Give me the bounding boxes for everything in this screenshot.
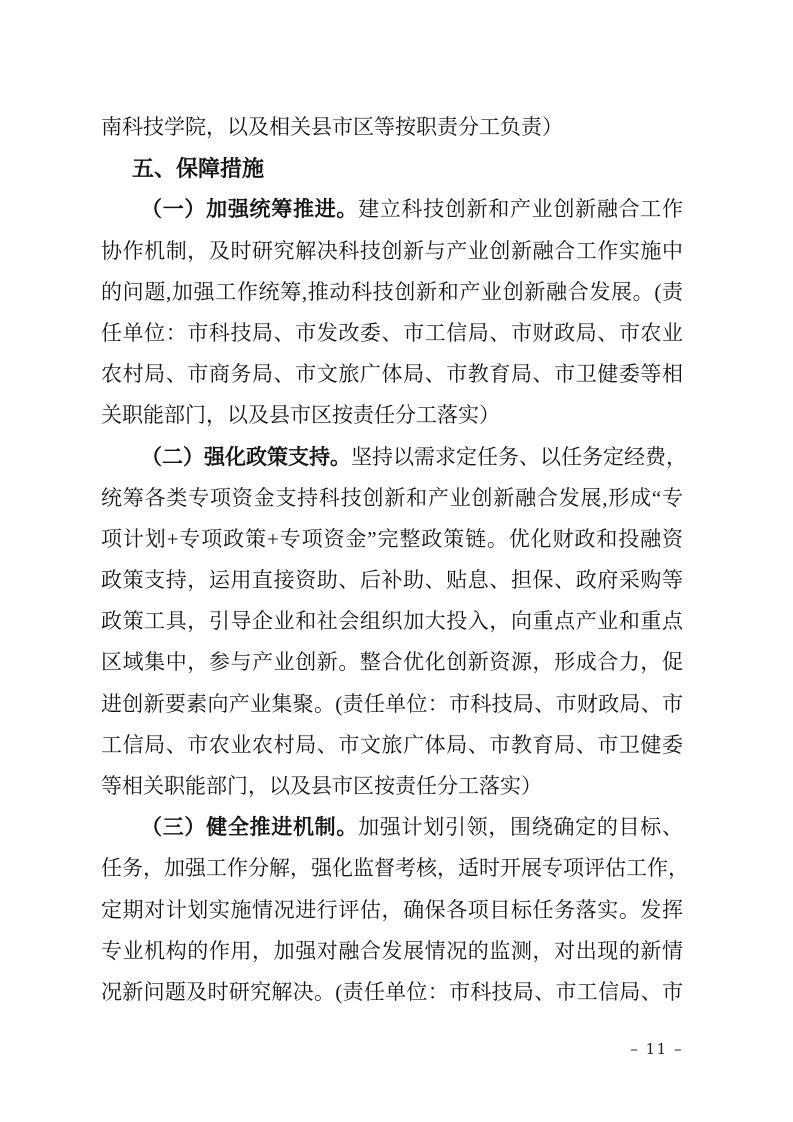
text-line: 专业机构的作用，加强对融合发展情况的监测，对出现的新情: [101, 931, 683, 972]
text-line: 统筹各类专项资金支持科技创新和产业创新融合发展,形成“专: [101, 478, 683, 519]
para-3-first-line: （三）健全推进机制。加强计划引领，围绕确定的目标、: [101, 807, 683, 848]
continuation-line: 南科技学院，以及相关县市区等按职责分工负责）: [101, 107, 683, 148]
text-line: 项计划+专项政策+专项资金”完整政策链。优化财政和投融资: [101, 519, 683, 560]
text-line: 进创新要素向产业集聚。(责任单位：市科技局、市财政局、市: [101, 684, 683, 725]
text-line: 关职能部门，以及县市区按责任分工落实）: [101, 395, 683, 436]
para-3-first-rest: 加强计划引领，围绕确定的目标、: [358, 815, 683, 839]
text-line: 况新问题及时研究解决。(责任单位：市科技局、市工信局、市: [101, 972, 683, 1013]
page-number: – 11 –: [101, 1040, 683, 1058]
text-line: 定期对计划实施情况进行评估，确保各项目标任务落实。发挥: [101, 890, 683, 931]
text-line: 协作机制，及时研究解决科技创新与产业创新融合工作实施中: [101, 231, 683, 272]
para-1-lead: （一）加强统筹推进。: [141, 197, 358, 221]
para-3-lead: （三）健全推进机制。: [141, 815, 358, 839]
para-2-first-rest: 坚持以需求定任务、以任务定经费，: [351, 445, 683, 469]
section-heading: 五、保障措施: [101, 148, 683, 189]
text-line: 区域集中，参与产业创新。整合优化创新资源，形成合力，促: [101, 642, 683, 683]
text-line: 农村局、市商务局、市文旅广体局、市教育局、市卫健委等相: [101, 354, 683, 395]
para-1-first-rest: 建立科技创新和产业创新融合工作: [358, 197, 683, 221]
para-2-lead: （二）强化政策支持。: [141, 445, 351, 469]
text-line: 任单位：市科技局、市发改委、市工信局、市财政局、市农业: [101, 313, 683, 354]
text-line: 政策支持，运用直接资助、后补助、贴息、担保、政府采购等: [101, 560, 683, 601]
text-line: 的问题,加强工作统筹,推动科技创新和产业创新融合发展。(责: [101, 272, 683, 313]
para-1-first-line: （一）加强统筹推进。建立科技创新和产业创新融合工作: [101, 189, 683, 230]
text-line: 工信局、市农业农村局、市文旅广体局、市教育局、市卫健委: [101, 725, 683, 766]
text-line: 政策工具，引导企业和社会组织加大投入，向重点产业和重点: [101, 601, 683, 642]
para-2-first-line: （二）强化政策支持。坚持以需求定任务、以任务定经费，: [101, 437, 683, 478]
text-line: 任务，加强工作分解，强化监督考核，适时开展专项评估工作，: [101, 848, 683, 889]
text-line: 等相关职能部门，以及县市区按责任分工落实）: [101, 766, 683, 807]
text-column: 南科技学院，以及相关县市区等按职责分工负责） 五、保障措施 （一）加强统筹推进。…: [101, 107, 683, 1013]
document-page: 南科技学院，以及相关县市区等按职责分工负责） 五、保障措施 （一）加强统筹推进。…: [0, 0, 793, 1122]
